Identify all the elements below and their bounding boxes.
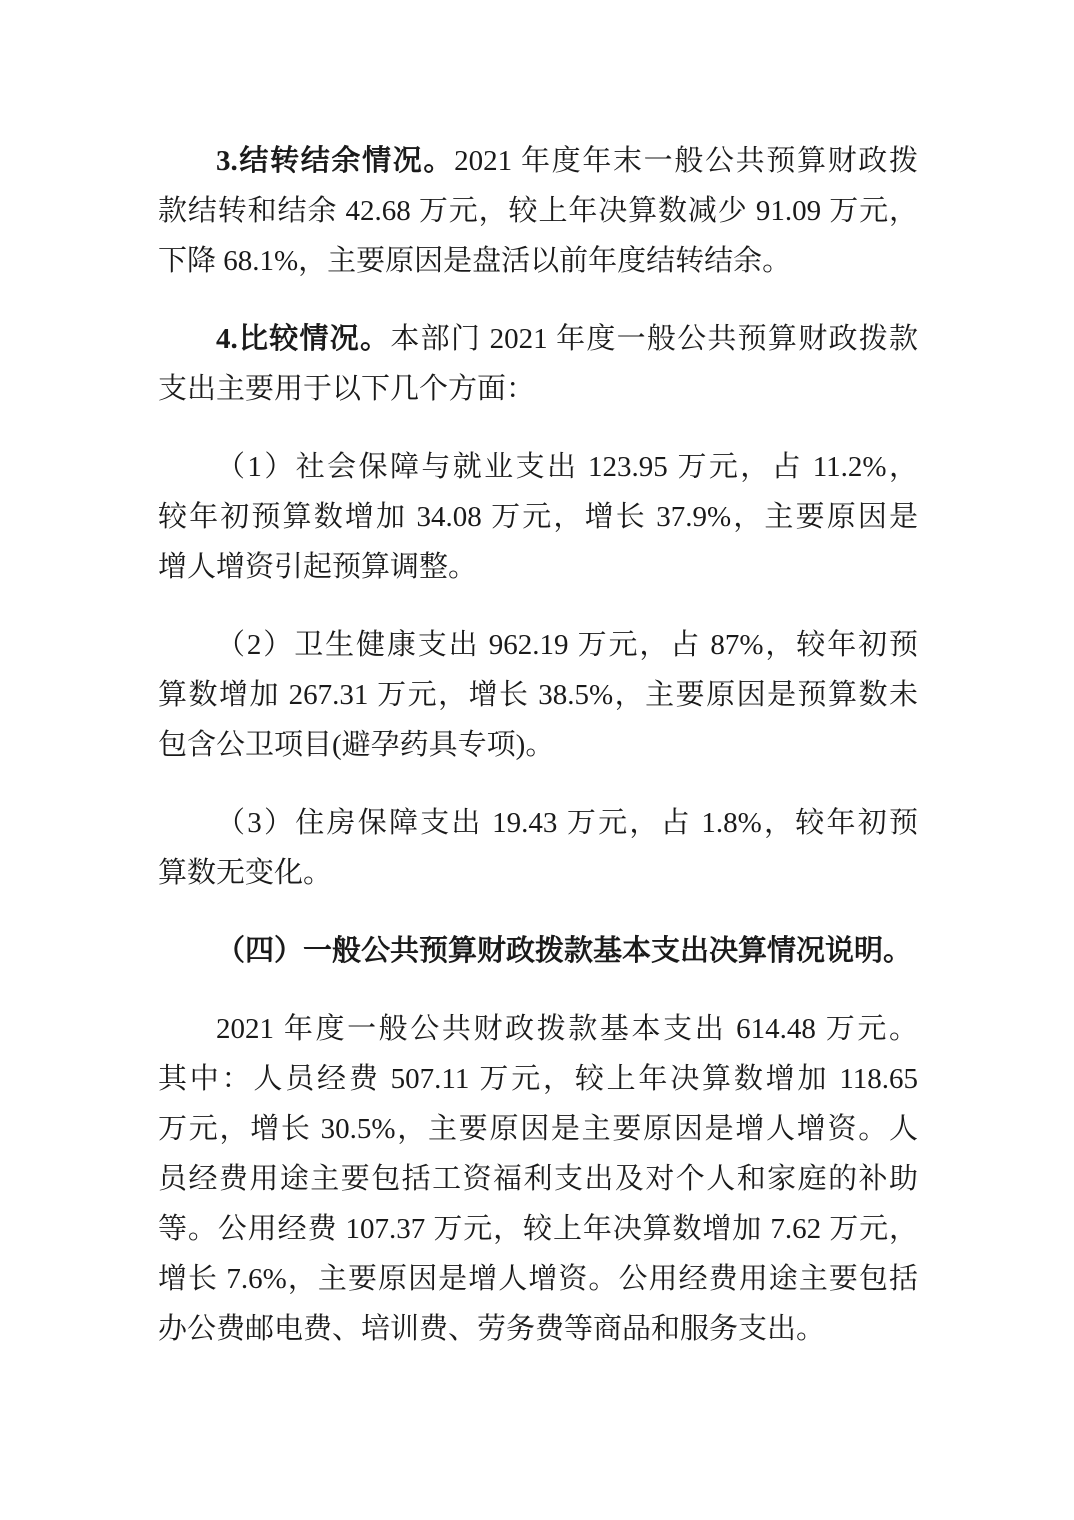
text-line: 支出主要用于以下几个方面： — [158, 364, 918, 414]
text-line: 款结转和结余 42.68 万元，较上年决算数减少 91.09 万元， — [158, 186, 918, 236]
paragraph-carryover-balance: 3.结转结余情况。2021 年度年末一般公共预算财政拨 款结转和结余 42.68… — [158, 136, 918, 286]
text-line: 3.结转结余情况。2021 年度年末一般公共预算财政拨 — [158, 136, 918, 186]
text-line: 等。公用经费 107.37 万元，较上年决算数增加 7.62 万元， — [158, 1204, 918, 1254]
paragraph-comparison: 4.比较情况。本部门 2021 年度一般公共预算财政拨款 支出主要用于以下几个方… — [158, 314, 918, 414]
paragraph-text: 本部门 2021 年度一般公共预算财政拨款 — [390, 323, 918, 355]
text-line: 其中：人员经费 507.11 万元，较上年决算数增加 118.65 — [158, 1054, 918, 1104]
text-line: 较年初预算数增加 34.08 万元，增长 37.9%，主要原因是 — [158, 492, 918, 542]
paragraph-item-3-housing: （3）住房保障支出 19.43 万元，占 1.8%，较年初预 算数无变化。 — [158, 798, 918, 898]
paragraph-text: 2021 年度年末一般公共预算财政拨 — [454, 145, 918, 177]
text-line: （1）社会保障与就业支出 123.95 万元，占 11.2%， — [158, 442, 918, 492]
heading-line: （四）一般公共预算财政拨款基本支出决算情况说明。 — [158, 926, 918, 976]
paragraph-lead: 3.结转结余情况。 — [216, 145, 454, 177]
text-line: 办公费邮电费、培训费、劳务费等商品和服务支出。 — [158, 1304, 918, 1354]
text-line: 增人增资引起预算调整。 — [158, 542, 918, 592]
text-line: 2021 年度一般公共财政拨款基本支出 614.48 万元。 — [158, 1004, 918, 1054]
text-line: 算数增加 267.31 万元，增长 38.5%，主要原因是预算数未 — [158, 670, 918, 720]
text-line: 万元，增长 30.5%，主要原因是主要原因是增人增资。人 — [158, 1104, 918, 1154]
paragraph-basic-expenditure-detail: 2021 年度一般公共财政拨款基本支出 614.48 万元。 其中：人员经费 5… — [158, 1004, 918, 1354]
paragraph-lead: 4.比较情况。 — [216, 323, 390, 355]
text-line: 增长 7.6%，主要原因是增人增资。公用经费用途主要包括 — [158, 1254, 918, 1304]
text-line: 下降 68.1%，主要原因是盘活以前年度结转结余。 — [158, 236, 918, 286]
text-line: （2）卫生健康支出 962.19 万元，占 87%，较年初预 — [158, 620, 918, 670]
text-line: 算数无变化。 — [158, 848, 918, 898]
text-line: （3）住房保障支出 19.43 万元，占 1.8%，较年初预 — [158, 798, 918, 848]
paragraph-item-2-health: （2）卫生健康支出 962.19 万元，占 87%，较年初预 算数增加 267.… — [158, 620, 918, 770]
section-heading-basic-expenditure: （四）一般公共预算财政拨款基本支出决算情况说明。 — [158, 926, 918, 976]
text-line: 4.比较情况。本部门 2021 年度一般公共预算财政拨款 — [158, 314, 918, 364]
paragraph-item-1-social-security: （1）社会保障与就业支出 123.95 万元，占 11.2%， 较年初预算数增加… — [158, 442, 918, 592]
text-line: 包含公卫项目(避孕药具专项)。 — [158, 720, 918, 770]
text-line: 员经费用途主要包括工资福利支出及对个人和家庭的补助 — [158, 1154, 918, 1204]
document-page: 3.结转结余情况。2021 年度年末一般公共预算财政拨 款结转和结余 42.68… — [0, 0, 1074, 1520]
